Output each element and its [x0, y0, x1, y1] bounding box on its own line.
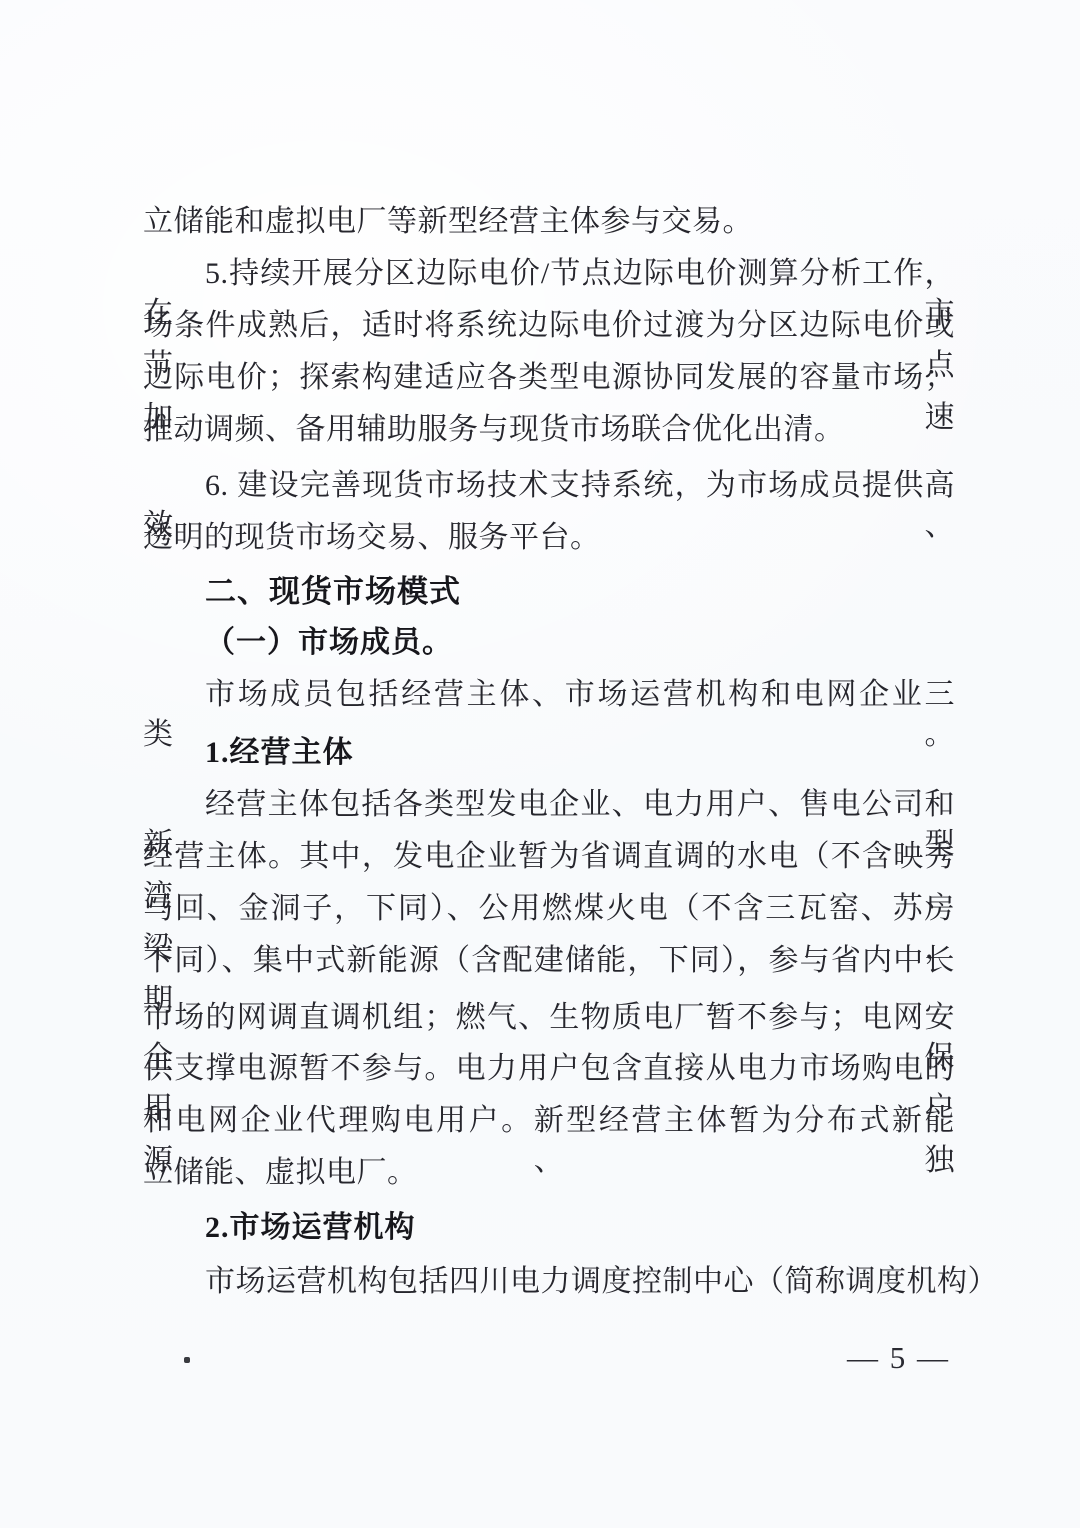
numbered-heading: 1.经营主体: [143, 733, 955, 773]
document-page: 立储能和虚拟电厂等新型经营主体参与交易。 5.持续开展分区边际电价/节点边际电价…: [0, 0, 1080, 1528]
text-line: 市场运营机构包括四川电力调度控制中心（简称调度机构）: [143, 1262, 955, 1302]
text-line: 透明的现货市场交易、服务平台。: [143, 518, 955, 558]
text-line: 推动调频、备用辅助服务与现货市场联合优化出清。: [143, 410, 955, 450]
text-line: 立储能、虚拟电厂。: [143, 1153, 955, 1193]
scan-artifact-dot: [184, 1357, 190, 1363]
numbered-heading: 2.市场运营机构: [143, 1208, 955, 1248]
page-number: — 5 —: [847, 1338, 950, 1378]
section-heading: 二、现货市场模式: [143, 572, 955, 612]
subsection-heading: （一）市场成员。: [143, 623, 955, 663]
text-line: 立储能和虚拟电厂等新型经营主体参与交易。: [143, 202, 955, 242]
